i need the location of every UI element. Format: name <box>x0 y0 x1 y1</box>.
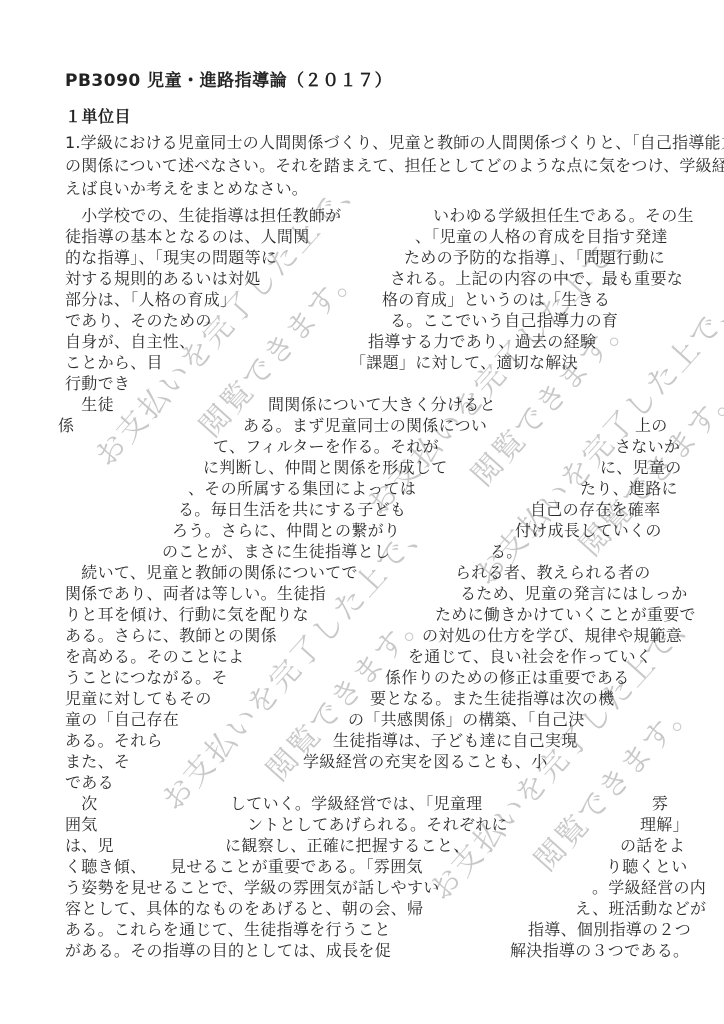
text-fragment: ために働きかけていくことが重要で <box>435 606 696 623</box>
text-fragment: は、児 <box>65 837 114 854</box>
text-fragment: 係 <box>58 417 74 434</box>
text-fragment: 行動でき <box>65 375 130 392</box>
body-text-layer: 小学校での、生徒指導は担任教師がいわゆる学級担任生である。その生徒指導の基本とな… <box>0 0 724 1024</box>
text-fragment: 関係であり、両者は等しい。生徒指 <box>65 585 326 602</box>
text-fragment: く聴き傾、 <box>65 858 147 875</box>
text-fragment: 生徒指導は、子ども達に自己実現 <box>333 732 578 749</box>
text-fragment: ある。まず児童同士の関係につい <box>243 417 487 434</box>
text-fragment: うことにつながる。そ <box>65 669 228 686</box>
text-fragment: て、フィルターを作る。それが <box>213 438 439 455</box>
text-fragment: 指導する力であり、過去の経験 <box>368 333 596 350</box>
text-fragment: であり、そのための <box>65 312 212 329</box>
text-fragment: 童の「自己存在 <box>65 711 179 728</box>
text-fragment: 指導、個別指導の２つ <box>528 921 691 938</box>
text-fragment: 。学級経営の内 <box>592 879 706 896</box>
text-fragment: ある。これらを通じて、生徒指導を行うこと <box>65 921 391 938</box>
text-fragment: 、その所属する集団によっては <box>188 480 416 497</box>
text-fragment: 小学校での、生徒指導は担任教師が <box>65 207 341 224</box>
text-fragment: 格の育成」というのは「生きる <box>382 291 610 308</box>
text-fragment: 要となる。また生徒指導は次の機 <box>370 690 615 707</box>
text-fragment: 囲気 <box>65 816 98 833</box>
text-fragment: え、班活動などが <box>575 900 706 917</box>
text-fragment: 上の <box>635 417 668 434</box>
text-fragment: 学級経営の充実を図ることも、小 <box>303 753 548 770</box>
text-fragment: また、そ <box>65 753 130 770</box>
text-fragment: 雰 <box>652 795 668 812</box>
text-fragment: 係作りのための修正は重要である <box>385 669 630 686</box>
text-fragment: に観察し、正確に把握すること、 <box>225 837 470 854</box>
text-fragment: 児童に対してもその <box>65 690 212 707</box>
text-fragment: ある。さらに、教師との関係 <box>65 627 277 644</box>
text-fragment: る。 <box>490 543 523 560</box>
text-fragment: ことから、目 <box>65 354 163 371</box>
text-fragment: 容として、具体的なものをあげると、朝の会、帰 <box>65 900 423 917</box>
text-fragment: 見せることが重要である。「雰囲気 <box>170 858 423 875</box>
text-fragment: ントとしてあげられる。それぞれに <box>247 816 508 833</box>
text-fragment: たり、進路に <box>580 480 678 497</box>
text-fragment: 自己の存在を確率 <box>530 501 660 518</box>
text-fragment: さないか <box>615 438 680 455</box>
text-fragment: 次 <box>65 795 98 812</box>
text-fragment: 徒指導の基本となるのは、人間関 <box>65 228 310 245</box>
text-fragment: る。毎日生活を共にする子ども <box>178 501 406 518</box>
text-fragment: 続いて、児童と教師の関係についてで <box>65 564 358 581</box>
text-fragment: を通じて、良い社会を作っていく <box>408 648 652 665</box>
text-fragment: の対処の仕方を学び、規律や規範意 <box>422 627 682 644</box>
text-fragment: 部分は、「人格の育成」 <box>65 291 236 308</box>
text-fragment: 的な指導」、「現実の問題等に <box>65 249 277 266</box>
text-fragment: 、「児童の人格の育成を目指す発達 <box>415 228 668 245</box>
text-fragment: 理解」 <box>640 816 689 833</box>
text-fragment: ための予防的な指導」、「問題行動に <box>404 249 665 266</box>
text-fragment: である <box>65 774 114 791</box>
document-page: お支払いを完了した上で、閲覧できます。お支払いを完了した上で、閲覧できます。お支… <box>0 0 724 1024</box>
text-fragment: ろう。さらに、仲間との繋がり <box>172 522 400 539</box>
text-fragment: がある。その指導の目的としては、成長を促 <box>65 942 391 959</box>
text-fragment: を高める。そのことによ <box>65 648 244 665</box>
text-fragment: 自身が、自主性、 <box>65 333 195 350</box>
text-fragment: られる者、教えられる者の <box>455 564 651 581</box>
text-fragment: 対する規則的あるいは対処 <box>65 270 261 287</box>
text-fragment: 解決指導の３つである。 <box>510 942 689 959</box>
text-fragment: いわゆる学級担任生である。その生 <box>433 207 694 224</box>
text-fragment: の「共感関係」の構築、「自己決 <box>348 711 585 728</box>
text-fragment: る。ここでいう自己指導力の育 <box>390 312 618 329</box>
text-fragment: るため、児童の発言にはしっか <box>460 585 688 602</box>
text-fragment: 付け成長していくの <box>515 522 662 539</box>
text-fragment: していく。学級経営では、「児童理 <box>230 795 482 812</box>
text-fragment: 生徒 <box>65 396 114 413</box>
text-fragment: のことが、まさに生徒指導とし <box>162 543 390 560</box>
text-fragment: り聴くとい <box>606 858 688 875</box>
text-fragment: ある。それら <box>65 732 163 749</box>
text-fragment: に、児童の <box>600 459 682 476</box>
text-fragment: 間関係について大きく分けると <box>268 396 496 413</box>
text-fragment: 「課題」に対して、適切な解決 <box>350 354 578 371</box>
text-fragment: の話をよ <box>620 837 685 854</box>
text-fragment: りと耳を傾け、行動に気を配りな <box>65 606 309 623</box>
text-fragment: に判断し、仲間と関係を形成して <box>203 459 448 476</box>
text-fragment: される。上記の内容の中で、最も重要な <box>390 270 683 287</box>
text-fragment: う姿勢を見せることで、学級の雰囲気が話しやすい <box>65 879 440 896</box>
